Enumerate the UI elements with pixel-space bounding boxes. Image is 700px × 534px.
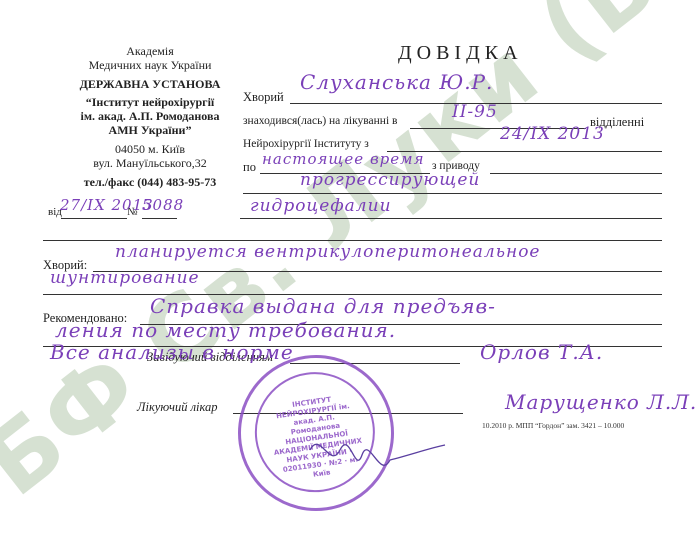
org-line2: Медичних наук України xyxy=(60,58,240,72)
to-label: по xyxy=(243,160,256,175)
org-type: ДЕРЖАВНА УСТАНОВА xyxy=(60,77,240,91)
to-value: настоящее время xyxy=(262,150,425,168)
institute-line3: АМН України” xyxy=(60,123,240,137)
doctor-label: Лікуючий лікар xyxy=(137,400,218,415)
reason-line2: гидроцефалии xyxy=(250,196,392,216)
patient-name: Слуханська Ю.Р. xyxy=(300,70,493,94)
signature-scribble xyxy=(300,400,460,490)
number-value: 5088 xyxy=(142,196,184,214)
phone: тел./факс (044) 483-95-73 xyxy=(60,175,240,189)
date-value: 27/IX 2013 xyxy=(60,196,154,214)
recommended-line3: Все анализы в норме xyxy=(50,340,294,364)
recommended-line1: Справка выдана для предъяв- xyxy=(150,294,496,318)
org-line1: Академія xyxy=(60,44,240,58)
institute-line1: “Інститут нейрохірургії xyxy=(60,95,240,109)
department-value: II-95 xyxy=(452,102,498,122)
institute-line2: ім. акад. А.П. Ромоданова xyxy=(60,109,240,123)
treated-label: знаходився(лась) на лікуванні в xyxy=(243,115,397,127)
recommended-line2: ления по месту требования. xyxy=(55,318,396,342)
reason-line1: прогрессирующей xyxy=(300,170,480,190)
institute-from-label: Нейрохірургії Інституту з xyxy=(243,138,369,150)
institution-header: Академія Медичних наук України ДЕРЖАВНА … xyxy=(60,44,240,189)
head-signature: Орлов Т.А. xyxy=(480,340,603,364)
address-line2: вул. Мануїльського,32 xyxy=(60,156,240,170)
patient-label: Хворий xyxy=(243,90,284,105)
print-info: 10.2010 р. МПП “Гордон” зам. 3421 – 10.0… xyxy=(482,421,624,430)
patient2-line2: шунтирование xyxy=(50,268,200,288)
patient2-line1: планируется вентрикулоперитонеальное xyxy=(115,242,541,262)
address-line1: 04050 м. Київ xyxy=(60,142,240,156)
from-date-value: 24/IX 2013 xyxy=(500,124,605,144)
document-title: ДОВІДКА xyxy=(398,42,523,65)
doctor-signature: Марущенко Л.Л. xyxy=(505,390,697,414)
